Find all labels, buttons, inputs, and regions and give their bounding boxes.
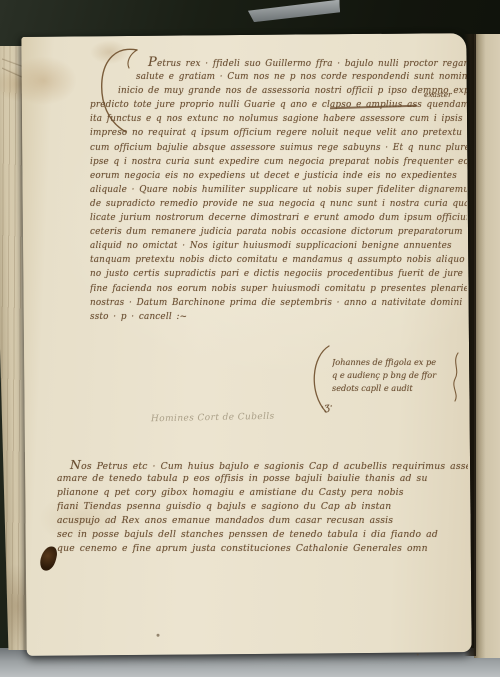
manuscript-photo: Petrus rex · ffideli suo Guillermo ffra …	[0, 0, 500, 677]
manuscript-text-line: Petrus rex · ffideli suo Guillermo ffra …	[90, 56, 467, 70]
manuscript-text-line: inicio de muy grande nos de assessoria n…	[90, 84, 467, 98]
signature-closing-mark	[450, 352, 462, 402]
manuscript-text-line: ipse q i nostra curia sunt expedire cum …	[90, 155, 467, 169]
manuscript-text-line: fine facienda nos eorum nobis super huiu…	[90, 282, 467, 296]
signature-block: Johannes de ffigola ex peq e audienç p b…	[332, 356, 458, 395]
manuscript-text-line: ssto · p · cancell :~	[90, 310, 467, 324]
manuscript-text-line: aliquid no omictat · Nos igitur huiusmod…	[90, 239, 467, 253]
manuscript-text-line: ita functus e q nos extunc no nolumus sa…	[90, 112, 467, 126]
manuscript-text-line: q e audienç p bng de ffor	[332, 369, 458, 382]
manuscript-text-line: fiani Tiendas psenna guisdio q bajuls e …	[57, 500, 468, 514]
adjacent-folio-edge	[474, 34, 500, 658]
manuscript-text-line: sedots capll e audit	[332, 382, 458, 395]
manuscript-text-line: Johannes de ffigola ex pe	[332, 356, 458, 369]
manuscript-text-line: sec in posse bajuls dell stanches pensse…	[57, 528, 468, 542]
manuscript-text-line: eorum negocia eis no expediens ut decet …	[90, 169, 467, 183]
manuscript-text-line: no justo certis supradictis pari e dicti…	[90, 267, 467, 281]
manuscript-text-line: licate jurium nostrorum decerne dimostra…	[90, 211, 467, 225]
manuscript-text-line: tanquam pretextu nobis dicto comitatu e …	[90, 253, 467, 267]
manuscript-text-line: que cenemo e fine aprum justa constituci…	[57, 542, 468, 556]
manuscript-text-line: impreso no requirat q ipsum officium reg…	[90, 126, 467, 140]
manuscript-text-line: acuspujo ad Rex anos emanue mandados dum…	[57, 514, 468, 528]
manuscript-text-line: nostras · Datum Barchinone prima die sep…	[90, 296, 467, 310]
manuscript-text-line: Nos Petrus etc · Cum huius bajulo e sagi…	[57, 458, 468, 472]
manuscript-text-line: de supradicto remedio provide ne sua neg…	[90, 197, 467, 211]
manuscript-text-line: aliquale · Quare nobis humiliter supplic…	[90, 183, 467, 197]
manuscript-text-line: salute e gratiam · Cum nos ne p nos cord…	[90, 70, 467, 84]
manuscript-text-line: cum officium bajulie absque assessore su…	[90, 141, 467, 155]
manuscript-text-line: amare de tenedo tabula p eos offisis in …	[57, 472, 468, 486]
foxing-spot	[417, 654, 419, 656]
manuscript-text-line: ceteris dum remanere judicia parata nobi…	[90, 225, 467, 239]
letter-text-block: Petrus rex · ffideli suo Guillermo ffra …	[90, 56, 467, 324]
manuscript-text-line: plianone q pet cory gibox homagiu e amis…	[57, 486, 468, 500]
second-entry-text-block: Nos Petrus etc · Cum huius bajulo e sagi…	[57, 458, 468, 556]
foxing-spot	[157, 634, 160, 637]
notarial-paraph: ·ʒ·	[320, 401, 333, 414]
interlinear-insertion: exaster	[424, 90, 452, 99]
